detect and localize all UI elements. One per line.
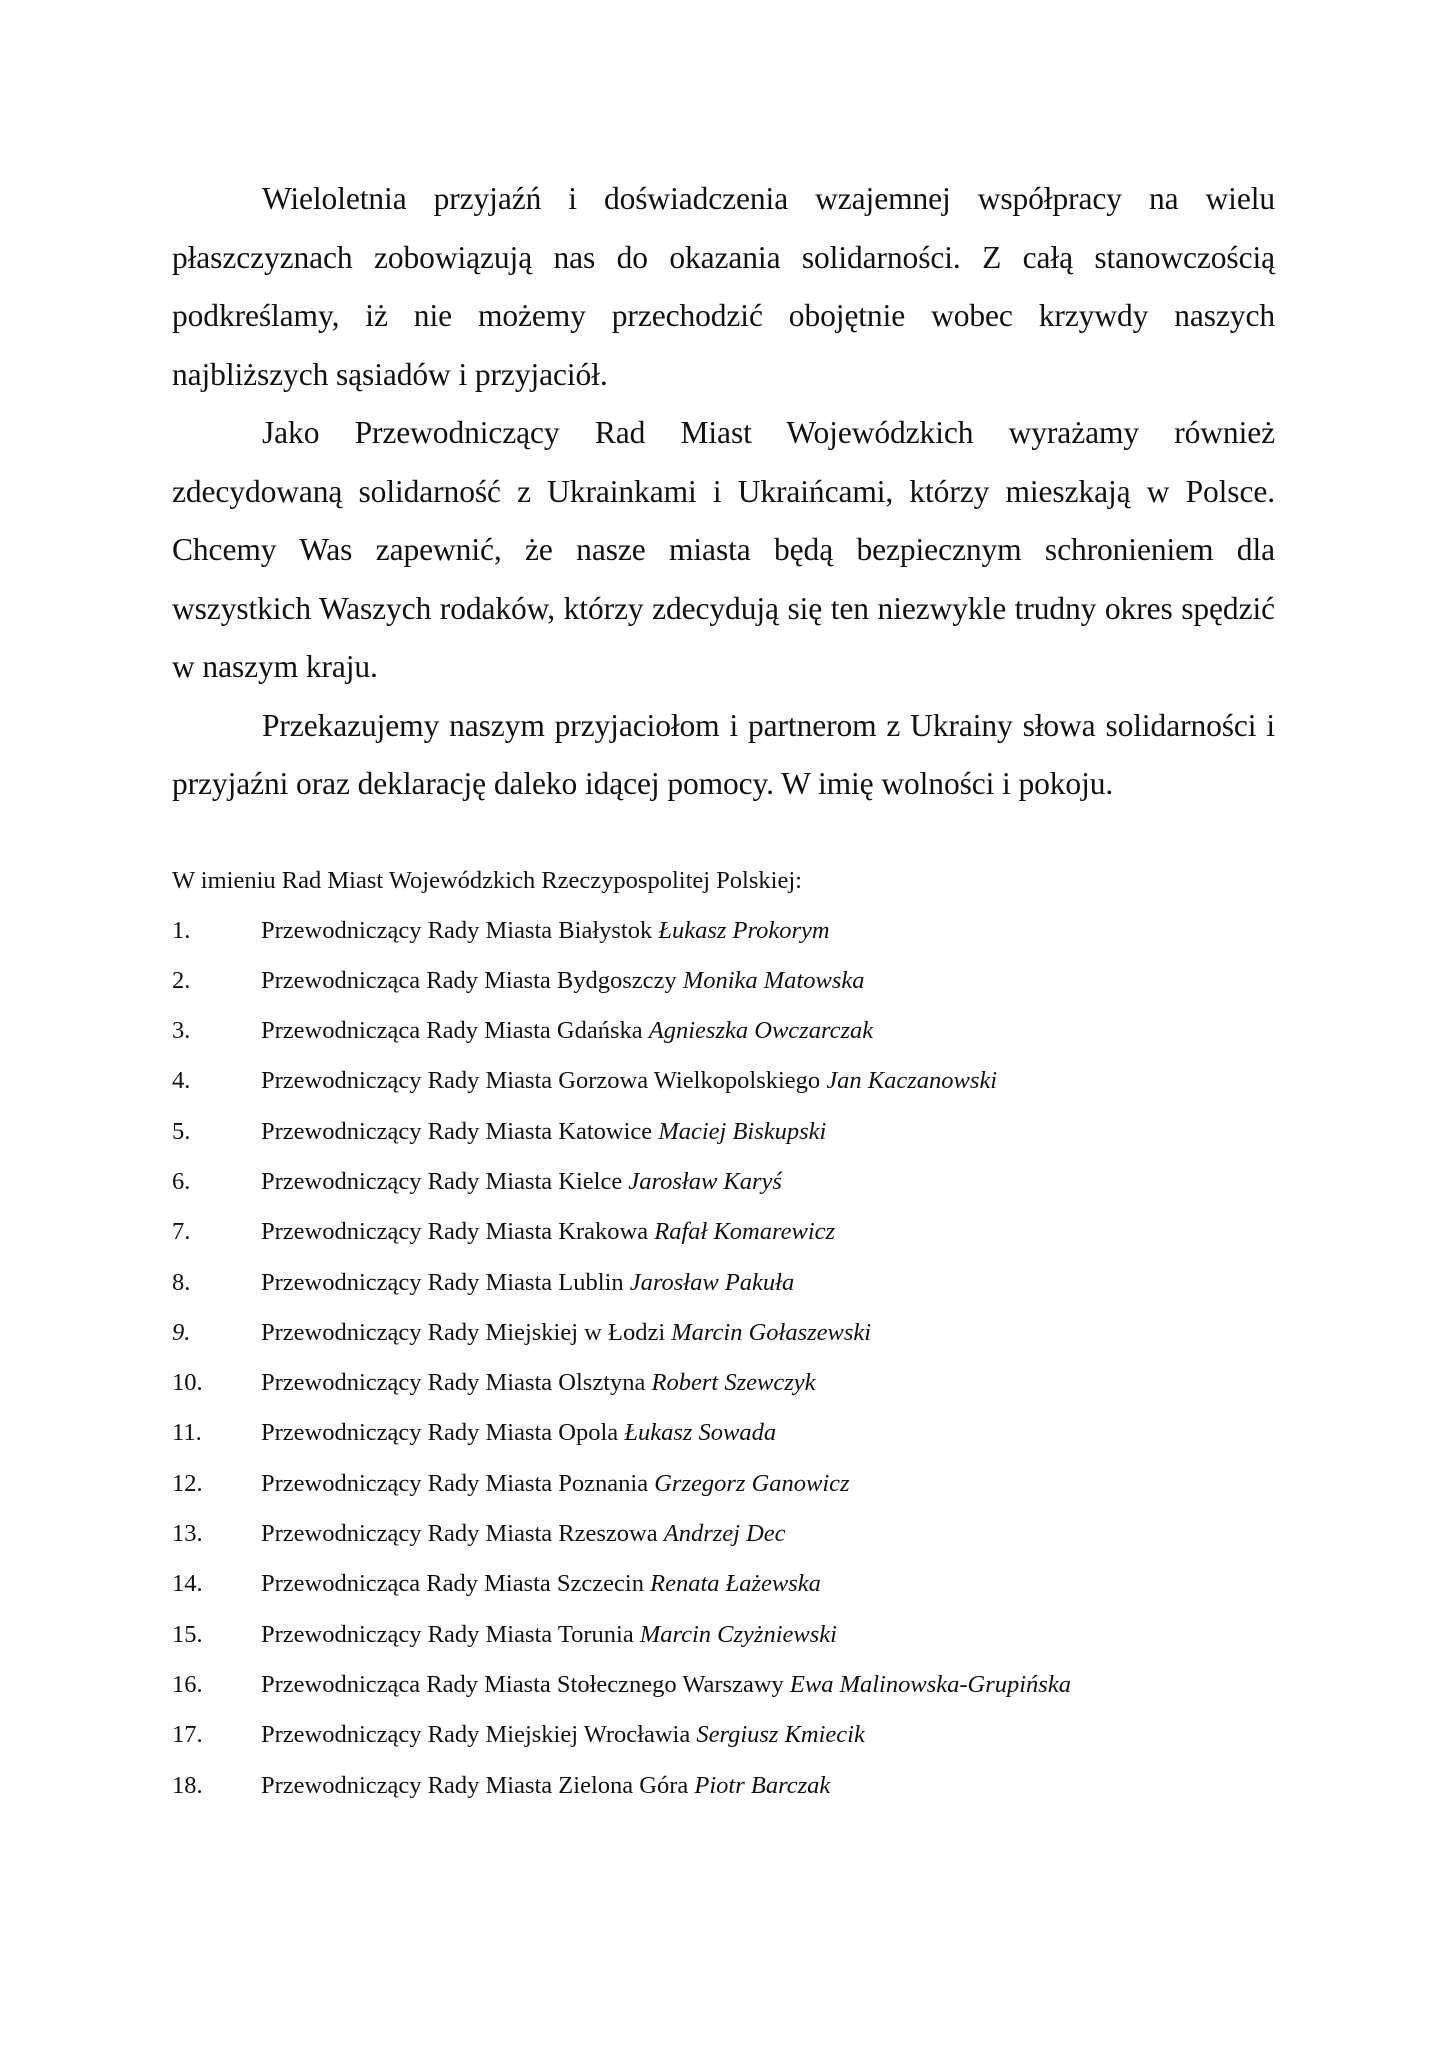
signatory-role: Przewodniczący Rady Miasta Rzeszowa [261,1520,658,1547]
signatory-name: Łukasz Sowada [624,1419,776,1446]
signatory-role: Przewodniczący Rady Miasta Białystok [261,917,652,944]
signatory-role: Przewodniczący Rady Miasta Krakowa [261,1218,648,1245]
signatory-text: Przewodniczący Rady Miasta Katowice Maci… [261,1117,826,1167]
signatory-number: 10. [172,1368,261,1418]
signatory-item: 15.Przewodniczący Rady Miasta Torunia Ma… [172,1620,1275,1670]
paragraph-friendship: Wieloletnia przyjaźń i doświadczenia wza… [172,170,1275,404]
signatory-name: Andrzej Dec [664,1520,786,1547]
signatory-number: 17. [172,1720,261,1770]
signatory-number: 9. [172,1318,261,1368]
signatory-text: Przewodniczący Rady Miejskiej Wrocławia … [261,1720,865,1770]
signatory-item: 13.Przewodniczący Rady Miasta Rzeszowa A… [172,1519,1275,1569]
signatory-number: 8. [172,1268,261,1318]
signatory-role: Przewodniczący Rady Miejskiej w Łodzi [261,1319,665,1346]
signatory-item: 2.Przewodnicząca Rady Miasta Bydgoszczy … [172,966,1275,1016]
signatory-item: 11.Przewodniczący Rady Miasta Opola Łuka… [172,1418,1275,1468]
signatory-number: 7. [172,1217,261,1267]
signatory-text: Przewodniczący Rady Miasta Lublin Jarosł… [261,1268,794,1318]
signatory-name: Jarosław Karyś [628,1168,782,1195]
signatory-text: Przewodniczący Rady Miasta Białystok Łuk… [261,916,830,966]
signatory-item: 8.Przewodniczący Rady Miasta Lublin Jaro… [172,1268,1275,1318]
signatory-role: Przewodniczący Rady Miasta Opola [261,1419,618,1446]
signatory-text: Przewodniczący Rady Miasta Krakowa Rafał… [261,1217,835,1267]
signatory-number: 5. [172,1117,261,1167]
signatory-role: Przewodnicząca Rady Miasta Gdańska [261,1017,643,1044]
signatory-number: 18. [172,1771,261,1821]
signatory-role: Przewodniczący Rady Miasta Gorzowa Wielk… [261,1067,820,1094]
signatory-number: 11. [172,1418,261,1468]
signatory-role: Przewodnicząca Rady Miasta Szczecin [261,1570,644,1597]
signatory-item: 9.Przewodniczący Rady Miejskiej w Łodzi … [172,1318,1275,1368]
signatory-name: Sergiusz Kmiecik [696,1721,865,1748]
signatory-name: Łukasz Prokorym [658,917,829,944]
signatory-item: 1.Przewodniczący Rady Miasta Białystok Ł… [172,916,1275,966]
paragraph-solidarity: Jako Przewodniczący Rad Miast Wojewódzki… [172,404,1275,697]
signatory-item: 4.Przewodniczący Rady Miasta Gorzowa Wie… [172,1066,1275,1116]
signatory-number: 4. [172,1066,261,1116]
signatory-number: 16. [172,1670,261,1720]
signatory-item: 17.Przewodniczący Rady Miejskiej Wrocław… [172,1720,1275,1770]
signatory-text: Przewodnicząca Rady Miasta Szczecin Rena… [261,1569,821,1619]
signatory-number: 14. [172,1569,261,1619]
signatory-item: 3.Przewodnicząca Rady Miasta Gdańska Agn… [172,1016,1275,1066]
signatory-item: 12.Przewodniczący Rady Miasta Poznania G… [172,1469,1275,1519]
signatory-text: Przewodniczący Rady Miejskiej w Łodzi Ma… [261,1318,871,1368]
signatory-item: 18.Przewodniczący Rady Miasta Zielona Gó… [172,1771,1275,1821]
signatory-text: Przewodniczący Rady Miasta Kielce Jarosł… [261,1167,782,1217]
signatory-number: 3. [172,1016,261,1066]
signatory-name: Jarosław Pakuła [630,1269,794,1296]
signatory-role: Przewodniczący Rady Miasta Olsztyna [261,1369,645,1396]
signatory-name: Jan Kaczanowski [826,1067,997,1094]
signatory-text: Przewodnicząca Rady Miasta Bydgoszczy Mo… [261,966,865,1016]
signatory-text: Przewodniczący Rady Miasta Poznania Grze… [261,1469,850,1519]
paragraph-declaration: Przekazujemy naszym przyjaciołom i partn… [172,697,1275,814]
signatory-role: Przewodnicząca Rady Miasta Stołecznego W… [261,1671,784,1698]
signatory-name: Grzegorz Ganowicz [654,1470,849,1497]
signatory-text: Przewodnicząca Rady Miasta Gdańska Agnie… [261,1016,873,1066]
signatory-role: Przewodnicząca Rady Miasta Bydgoszczy [261,967,677,994]
signatory-name: Renata Łażewska [650,1570,821,1597]
signatory-name: Agnieszka Owczarczak [649,1017,873,1044]
signatory-name: Monika Matowska [683,967,865,994]
signatory-name: Rafał Komarewicz [654,1218,835,1245]
signatory-name: Marcin Czyżniewski [640,1621,837,1648]
signatory-text: Przewodniczący Rady Miasta Olsztyna Robe… [261,1368,816,1418]
signatory-role: Przewodniczący Rady Miasta Lublin [261,1269,624,1296]
signatory-item: 10.Przewodniczący Rady Miasta Olsztyna R… [172,1368,1275,1418]
signatories-section: W imieniu Rad Miast Wojewódzkich Rzeczyp… [172,866,1275,1821]
signatory-name: Maciej Biskupski [658,1118,826,1145]
signatory-item: 14.Przewodnicząca Rady Miasta Szczecin R… [172,1569,1275,1619]
signatory-name: Piotr Barczak [694,1772,830,1799]
signatory-name: Ewa Malinowska-Grupińska [790,1671,1071,1698]
signatory-number: 6. [172,1167,261,1217]
signatory-number: 1. [172,916,261,966]
signatory-text: Przewodniczący Rady Miasta Gorzowa Wielk… [261,1066,997,1116]
signatory-item: 7.Przewodniczący Rady Miasta Krakowa Raf… [172,1217,1275,1267]
signatory-name: Marcin Gołaszewski [671,1319,871,1346]
signatory-role: Przewodniczący Rady Miasta Kielce [261,1168,622,1195]
signatory-item: 6.Przewodniczący Rady Miasta Kielce Jaro… [172,1167,1275,1217]
signatories-intro: W imieniu Rad Miast Wojewódzkich Rzeczyp… [172,866,1275,896]
signatory-role: Przewodniczący Rady Miasta Zielona Góra [261,1772,688,1799]
signatory-number: 13. [172,1519,261,1569]
signatory-item: 16.Przewodnicząca Rady Miasta Stołeczneg… [172,1670,1275,1720]
signatory-name: Robert Szewczyk [652,1369,816,1396]
signatory-role: Przewodniczący Rady Miasta Poznania [261,1470,648,1497]
signatory-role: Przewodniczący Rady Miejskiej Wrocławia [261,1721,690,1748]
signatory-text: Przewodniczący Rady Miasta Zielona Góra … [261,1771,830,1821]
signatory-role: Przewodniczący Rady Miasta Katowice [261,1118,652,1145]
signatory-number: 12. [172,1469,261,1519]
signatory-number: 2. [172,966,261,1016]
signatories-list: 1.Przewodniczący Rady Miasta Białystok Ł… [172,916,1275,1821]
signatory-item: 5.Przewodniczący Rady Miasta Katowice Ma… [172,1117,1275,1167]
signatory-number: 15. [172,1620,261,1670]
signatory-text: Przewodniczący Rady Miasta Opola Łukasz … [261,1418,776,1468]
signatory-role: Przewodniczący Rady Miasta Torunia [261,1621,634,1648]
signatory-text: Przewodniczący Rady Miasta Torunia Marci… [261,1620,837,1670]
signatory-text: Przewodnicząca Rady Miasta Stołecznego W… [261,1670,1071,1720]
document-page: Wieloletnia przyjaźń i doświadczenia wza… [172,170,1275,1821]
signatory-text: Przewodniczący Rady Miasta Rzeszowa Andr… [261,1519,786,1569]
